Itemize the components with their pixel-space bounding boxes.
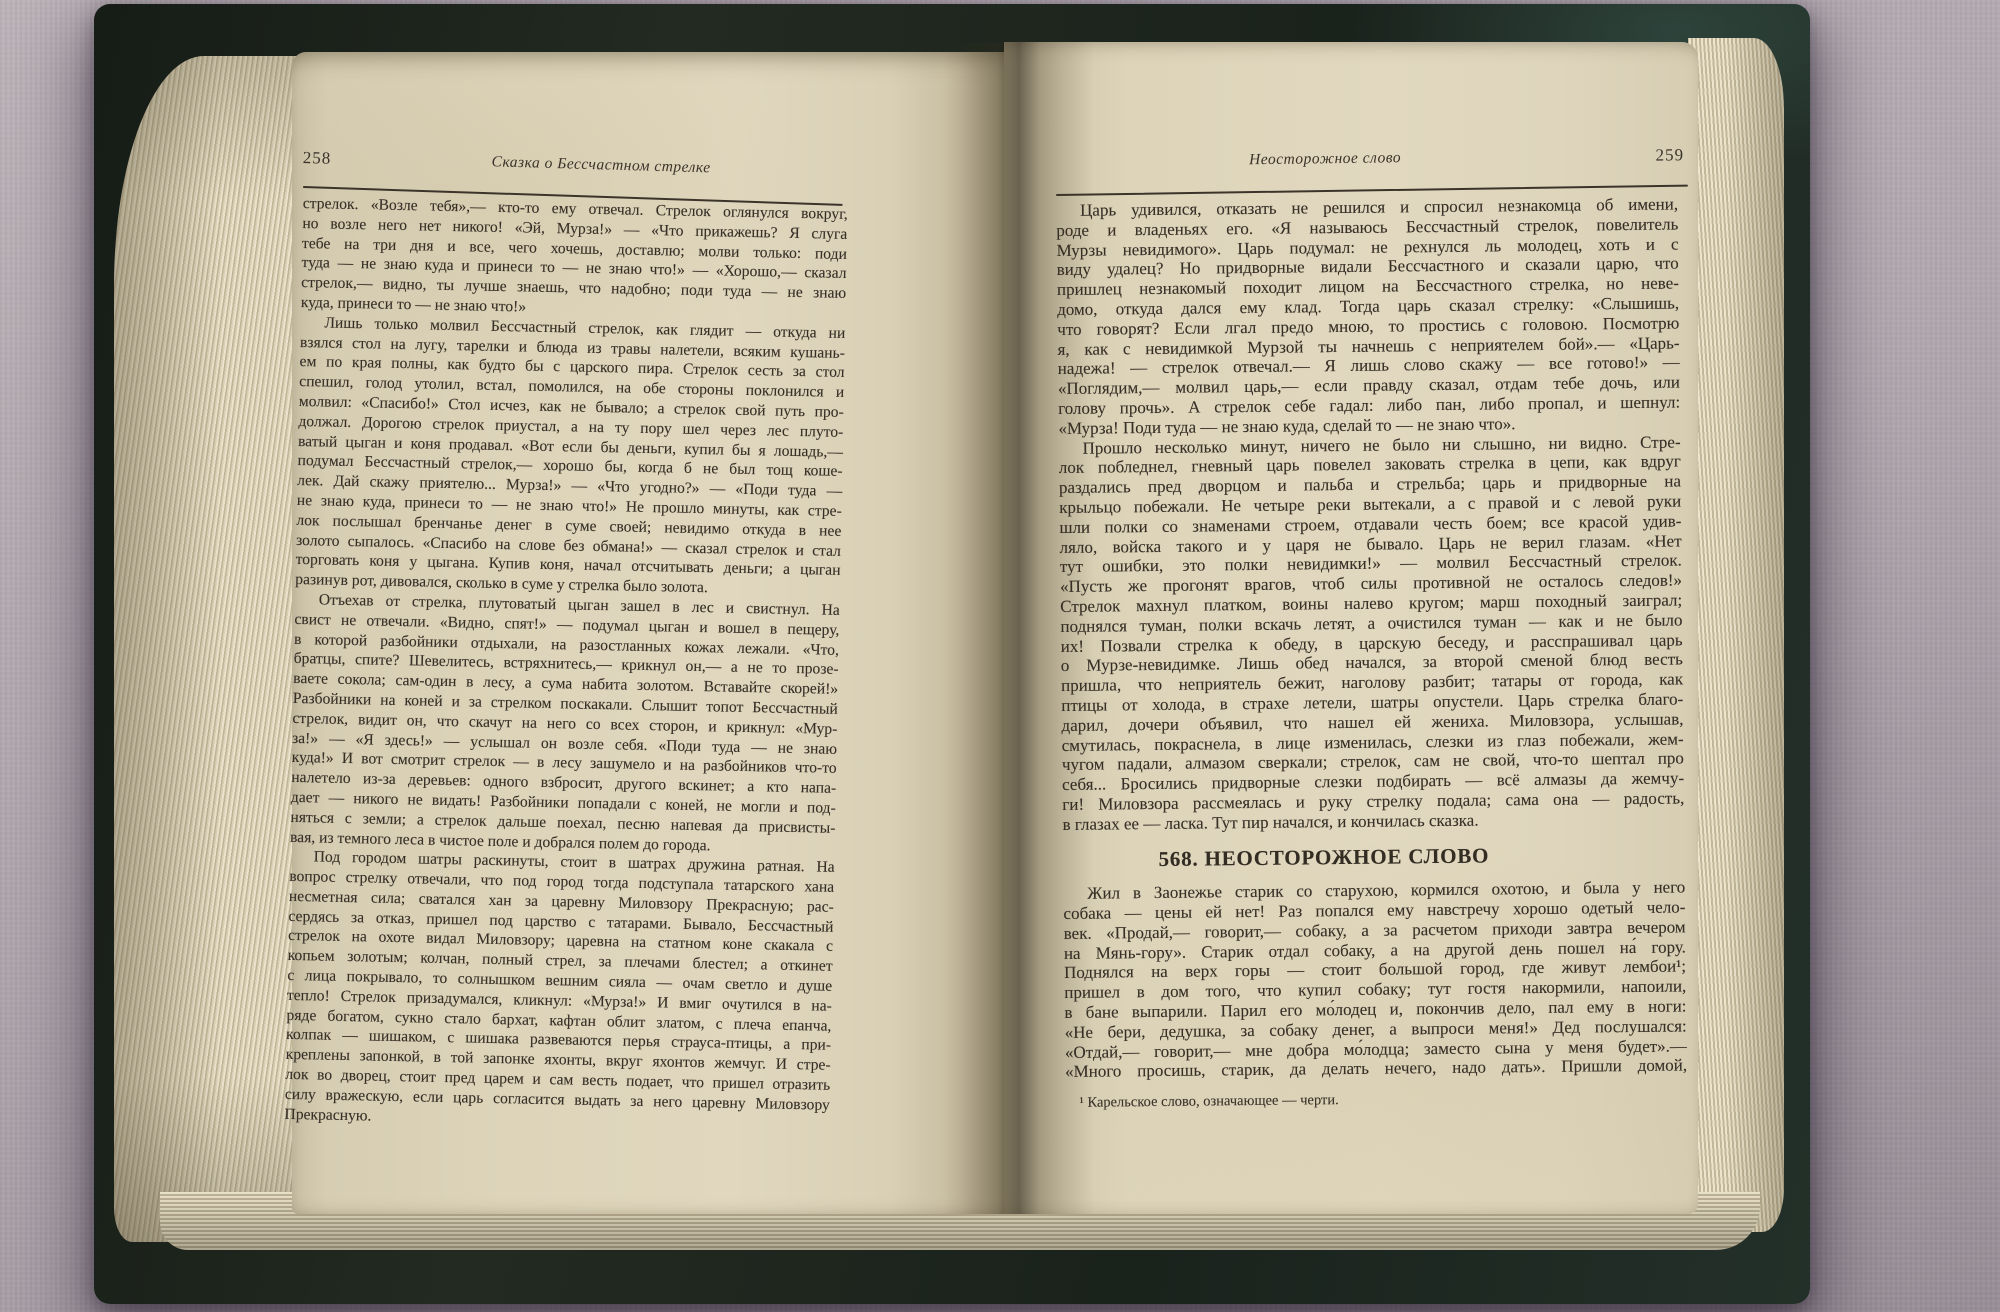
left-page-header: 258 Сказка о Бессчастном стрелке	[302, 148, 839, 181]
open-book: 258 Сказка о Бессчастном стрелке стрелок…	[0, 0, 2000, 1312]
left-page-number: 258	[302, 148, 331, 169]
paragraph: Царь удивился, отказать не решился и спр…	[1056, 194, 1680, 438]
story-end-paragraphs: Царь удивился, отказать не решился и спр…	[1056, 194, 1685, 834]
paragraph: стрелок. «Возле тебя»,— кто-то ему отвеч…	[301, 194, 848, 324]
page-edge-stack-left	[114, 56, 310, 1242]
page-edge-stack-right	[1688, 38, 1784, 1232]
photo-background: 258 Сказка о Бессчастном стрелке стрелок…	[0, 0, 2000, 1312]
left-text-block: стрелок. «Возле тебя»,— кто-то ему отвеч…	[284, 194, 848, 1135]
right-page: Неосторожное слово 259 Царь удивился, от…	[1004, 42, 1698, 1214]
section-heading: 568. НЕОСТОРОЖНОЕ СЛОВО	[1063, 844, 1685, 870]
footnote: ¹ Карельское слово, означающее — черти.	[1065, 1088, 1687, 1114]
right-running-title: Неосторожное слово	[1056, 145, 1684, 172]
section-paragraphs: Жил в Заонежье старик со старухою, корми…	[1063, 878, 1687, 1082]
right-text-block: Царь удивился, отказать не решился и спр…	[1056, 194, 1688, 1114]
right-page-number: 259	[1655, 145, 1684, 165]
right-header-rule	[1056, 185, 1688, 196]
paragraph: Под городом шатры раскинуты, стоит в шат…	[284, 847, 834, 1135]
right-page-header: Неосторожное слово 259	[1056, 145, 1684, 172]
paragraph: Жил в Заонежье старик со старухою, корми…	[1063, 878, 1687, 1082]
paragraph: Прошло несколько минут, ничего не было н…	[1058, 432, 1684, 834]
left-page: 258 Сказка о Бессчастном стрелке стрелок…	[292, 52, 1004, 1214]
paragraph: Отъехав от стрелка, плутоватый цыган заш…	[290, 590, 840, 858]
left-running-title: Сказка о Бессчастном стрелке	[302, 148, 839, 181]
paragraph: Лишь только молвил Бессчастный стрелок, …	[295, 313, 845, 601]
